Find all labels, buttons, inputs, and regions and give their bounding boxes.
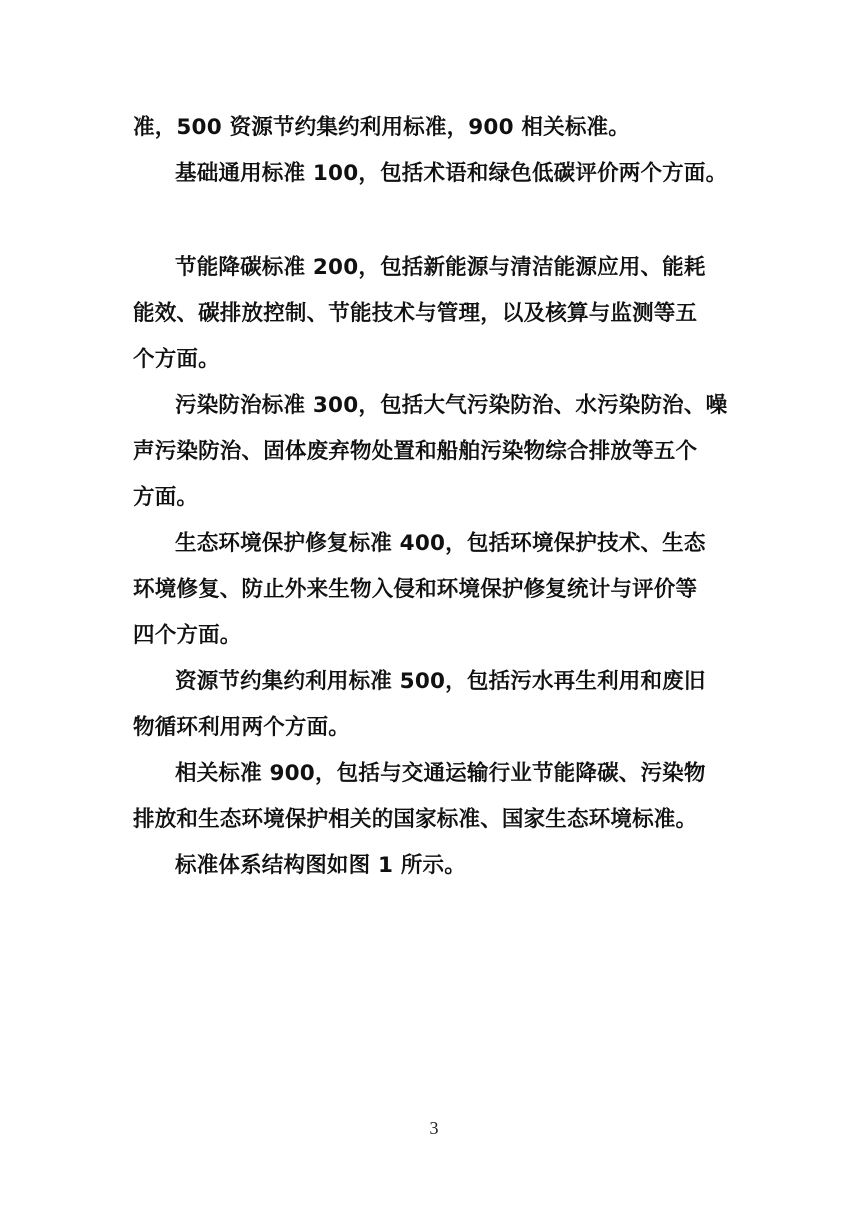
paragraph-basic-general-standards: 基础通用标准 100，包括术语和绿色低碳评价两个方面。 [175,160,727,188]
paragraph-pollution-line-1: 污染防治标准 300，包括大气污染防治、水污染防治、噪 [175,392,727,420]
paragraph-pollution-line-3: 方面。 [133,484,198,512]
paragraph-resource-line-2: 物循环利用两个方面。 [133,714,350,742]
body-text-line-1: 准，500 资源节约集约利用标准，900 相关标准。 [133,114,630,142]
paragraph-ecology-line-2: 环境修复、防止外来生物入侵和环境保护修复统计与评价等 [133,576,697,604]
paragraph-energy-saving-line-2: 能效、碳排放控制、节能技术与管理，以及核算与监测等五 [133,300,697,328]
document-page: 准，500 资源节约集约利用标准，900 相关标准。 基础通用标准 100，包括… [0,0,868,1227]
paragraph-energy-saving-line-3: 个方面。 [133,346,220,374]
paragraph-related-line-1: 相关标准 900，包括与交通运输行业节能降碳、污染物 [175,760,706,788]
paragraph-energy-saving-line-1: 节能降碳标准 200，包括新能源与清洁能源应用、能耗 [175,254,706,282]
paragraph-ecology-line-3: 四个方面。 [133,622,242,650]
paragraph-figure-reference: 标准体系结构图如图 1 所示。 [175,852,466,880]
paragraph-resource-line-1: 资源节约集约利用标准 500，包括污水再生利用和废旧 [175,668,706,696]
page-number: 3 [0,1118,868,1139]
paragraph-ecology-line-1: 生态环境保护修复标准 400，包括环境保护技术、生态 [175,530,706,558]
paragraph-related-line-2: 排放和生态环境保护相关的国家标准、国家生态环境标准。 [133,806,697,834]
paragraph-pollution-line-2: 声污染防治、固体废弃物处置和船舶污染物综合排放等五个 [133,438,697,466]
